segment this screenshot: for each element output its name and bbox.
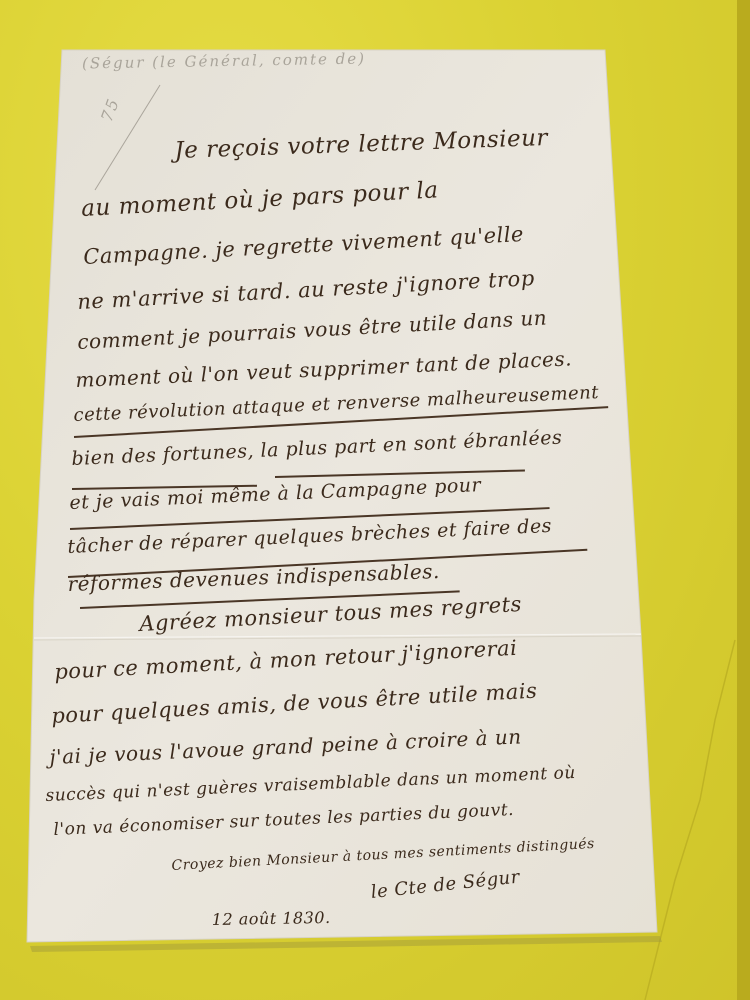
letter-date: 12 août 1830.	[212, 908, 331, 929]
